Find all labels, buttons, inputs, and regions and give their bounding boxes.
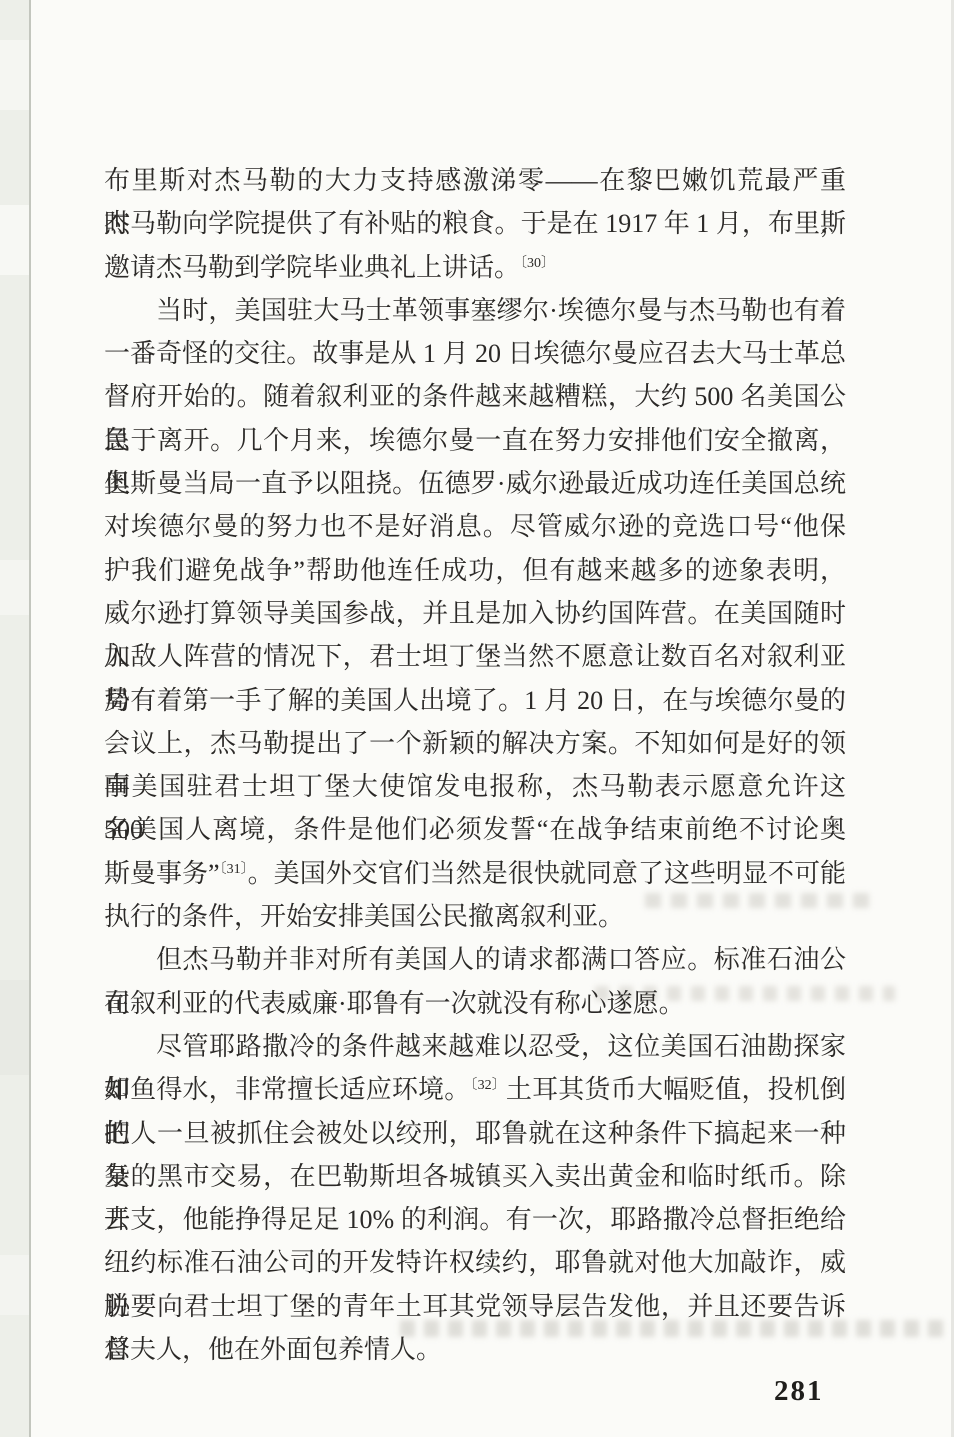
scan-strip-band: [0, 560, 29, 615]
text-line: 督夫人，他在外面包养情人。: [104, 1328, 846, 1371]
text-line: 一番奇怪的交往。故事是从 1 月 20 日埃德尔曼应召去大马士革总: [104, 332, 846, 375]
text-line: 向美国驻君士坦丁堡大使馆发电报称，杰马勒表示愿意允许这 500: [104, 765, 846, 808]
scan-strip-band: [0, 1255, 29, 1315]
paragraph: 但杰马勒并非对所有美国人的请求都满口答应。标准石油公司在叙利亚的代表威廉·耶鲁有…: [104, 938, 846, 1025]
scan-strip-band: [0, 205, 29, 275]
text-line: 杂的黑市交易，在巴勒斯坦各城镇买入卖出黄金和临时纸币。除去: [104, 1155, 846, 1198]
text-line: 奥斯曼当局一直予以阻挠。伍德罗·威尔逊最近成功连任美国总统: [104, 462, 846, 505]
text-line: 尽管耶路撒冷的条件越来越难以忍受，这位美国石油勘探家却: [104, 1025, 846, 1068]
text-line: 的人一旦被抓住会被处以绞刑，耶鲁就在这种条件下搞起来一种复: [104, 1112, 846, 1155]
paragraph: 布里斯对杰马勒的大力支持感激涕零——在黎巴嫩饥荒最严重时，杰马勒向学院提供了有补…: [104, 159, 846, 289]
text-line: 当时，美国驻大马士革领事塞缪尔·埃德尔曼与杰马勒也有着: [104, 289, 846, 332]
footnote-ref: 〔31〕: [220, 862, 248, 877]
page-text-block: 布里斯对杰马勒的大力支持感激涕零——在黎巴嫩饥荒最严重时，杰马勒向学院提供了有补…: [104, 159, 846, 1371]
text-line: 布里斯对杰马勒的大力支持感激涕零——在黎巴嫩饥荒最严重时，: [104, 159, 846, 202]
paragraph: 尽管耶路撒冷的条件越来越难以忍受，这位美国石油勘探家却如鱼得水，非常擅长适应环境…: [104, 1025, 846, 1371]
text-line: 执行的条件，开始安排美国公民撤离叙利亚。: [104, 895, 846, 938]
text-line: 入敌人阵营的情况下，君士坦丁堡当然不愿意让数百名对叙利亚局: [104, 635, 846, 678]
text-line: 说要向君士坦丁堡的青年土耳其党领导层告发他，并且还要告诉总: [104, 1285, 846, 1328]
text-line: 纽约标准石油公司的开发特许权续约，耶鲁就对他大加敲诈，威胁: [104, 1241, 846, 1284]
page-number: 281: [774, 1375, 824, 1408]
paragraph: 当时，美国驻大马士革领事塞缪尔·埃德尔曼与杰马勒也有着一番奇怪的交往。故事是从 …: [104, 289, 846, 938]
text-line: 急于离开。几个月来，埃德尔曼一直在努力安排他们安全撤离，但: [104, 419, 846, 462]
text-line: 督府开始的。随着叙利亚的条件越来越糟糕，大约 500 名美国公民: [104, 375, 846, 418]
text-line: 邀请杰马勒到学院毕业典礼上讲话。〔30〕: [104, 246, 846, 289]
footnote-ref: 〔30〕: [520, 256, 555, 271]
text-line: 威尔逊打算领导美国参战，并且是加入协约国阵营。在美国随时加: [104, 592, 846, 635]
text-line: 开支，他能挣得足足 10% 的利润。有一次，耶路撒冷总督拒绝给: [104, 1198, 846, 1241]
scan-strip-band: [0, 40, 29, 110]
scan-strip-band: [0, 980, 29, 1075]
text-line: 名美国人离境，条件是他们必须发誓“在战争结束前绝不讨论奥: [104, 808, 846, 851]
text-line: 在叙利亚的代表威廉·耶鲁有一次就没有称心遂愿。: [104, 982, 846, 1025]
text-line: 对埃德尔曼的努力也不是好消息。尽管威尔逊的竞选口号“他保: [104, 505, 846, 548]
scan-edge-strip: [0, 0, 31, 1437]
text-line: 斯曼事务”〔31〕。美国外交官们当然是很快就同意了这些明显不可能: [104, 852, 846, 895]
text-line: 护我们避免战争”帮助他连任成功，但有越来越多的迹象表明，: [104, 549, 846, 592]
text-line: 杰马勒向学院提供了有补贴的粮食。于是在 1917 年 1 月，布里斯: [104, 202, 846, 245]
text-line: 但杰马勒并非对所有美国人的请求都满口答应。标准石油公司: [104, 938, 846, 981]
footnote-ref: 〔32〕: [470, 1078, 506, 1093]
text-line: 如鱼得水，非常擅长适应环境。〔32〕土耳其货币大幅贬值，投机倒把: [104, 1068, 846, 1111]
text-line: 会议上，杰马勒提出了一个新颖的解决方案。不知如何是好的领事: [104, 722, 846, 765]
text-line: 势有着第一手了解的美国人出境了。1 月 20 日，在与埃德尔曼的: [104, 679, 846, 722]
